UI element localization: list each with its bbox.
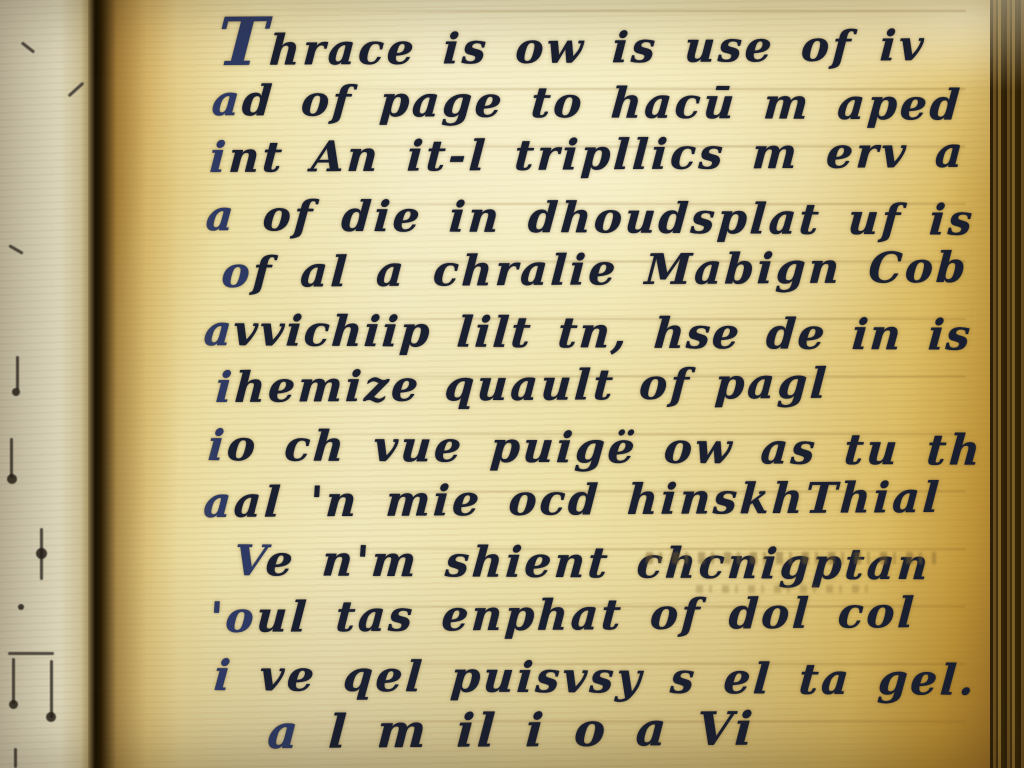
notation-mark-icon — [46, 712, 56, 722]
notation-mark-icon — [50, 660, 53, 718]
notation-mark-icon — [7, 474, 17, 484]
notation-mark-icon — [12, 388, 20, 396]
notation-mark-icon — [12, 658, 15, 704]
notation-mark-icon — [21, 41, 35, 53]
left-page — [0, 0, 96, 768]
manuscript-page: Thrace is ow is use of iv ad of page to … — [96, 0, 992, 768]
manuscript-line: aal 'n mie ocd hinskhThial — [202, 469, 992, 532]
notation-mark-icon — [9, 700, 18, 709]
notation-mark-icon — [8, 244, 23, 255]
pencil-smudge — [646, 552, 936, 564]
notation-mark-icon — [16, 356, 19, 390]
notation-mark-icon — [36, 548, 47, 559]
manuscript-line: Thrace is ow is use of iv — [216, 9, 992, 72]
manuscript-line: ihemize quault of pagl — [214, 354, 992, 417]
notation-mark-icon — [14, 748, 17, 768]
notation-mark-icon — [8, 652, 54, 655]
handwritten-text: Thrace is ow is use of iv ad of page to … — [208, 14, 988, 762]
notation-mark-icon — [18, 604, 24, 610]
manuscript-line: of al a chralie Mabign Cob — [220, 239, 992, 302]
pencil-smudge — [696, 585, 876, 593]
open-book-photo: Thrace is ow is use of iv ad of page to … — [0, 0, 1024, 768]
manuscript-line-partial: a l m il i o a Vi — [266, 699, 992, 762]
page-fore-edge — [990, 0, 1024, 768]
notation-mark-icon — [10, 438, 13, 478]
notation-mark-icon — [68, 82, 85, 98]
manuscript-line: int An it-l tripllics m erv a — [208, 124, 992, 187]
